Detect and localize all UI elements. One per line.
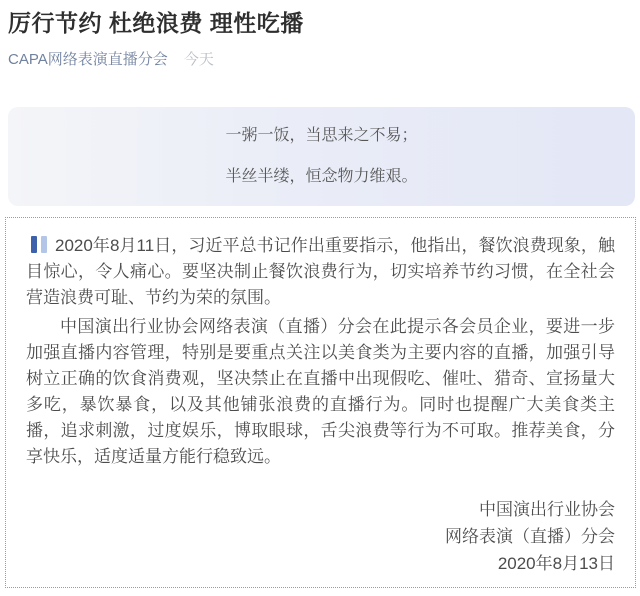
quote-line-1: 一粥一饭，当思来之不易；	[18, 123, 625, 149]
signature-date: 2020年8月13日	[26, 550, 615, 577]
publish-date: 今天	[184, 51, 214, 68]
article-title: 厉行节约 杜绝浪费 理性吃播	[8, 8, 630, 38]
signature-org-line-1: 中国演出行业协会	[26, 496, 615, 523]
quote-card: 一粥一饭，当思来之不易； 半丝半缕，恒念物力维艰。	[8, 107, 635, 206]
account-name-link[interactable]: CAPA网络表演直播分会	[8, 51, 168, 68]
quote-line-2: 半丝半缕，恒念物力维艰。	[18, 164, 625, 190]
notice-box: 2020年8月11日，习近平总书记作出重要指示，他指出，餐饮浪费现象，触目惊心，…	[5, 217, 636, 588]
article-meta: CAPA网络表演直播分会 今天	[8, 51, 632, 69]
highlight-bars-icon	[31, 233, 47, 259]
notice-paragraph-1: 2020年8月11日，习近平总书记作出重要指示，他指出，餐饮浪费现象，触目惊心，…	[26, 233, 615, 311]
signature-org-line-2: 网络表演（直播）分会	[26, 523, 615, 550]
notice-paragraph-2: 中国演出行业协会网络表演（直播）分会在此提示各会员企业，要进一步加强直播内容管理…	[26, 314, 615, 470]
signature-block: 中国演出行业协会 网络表演（直播）分会 2020年8月13日	[26, 496, 615, 577]
notice-paragraph-1-text: 2020年8月11日，习近平总书记作出重要指示，他指出，餐饮浪费现象，触目惊心，…	[26, 236, 615, 307]
article-page: 厉行节约 杜绝浪费 理性吃播 CAPA网络表演直播分会 今天 一粥一饭，当思来之…	[0, 0, 640, 596]
